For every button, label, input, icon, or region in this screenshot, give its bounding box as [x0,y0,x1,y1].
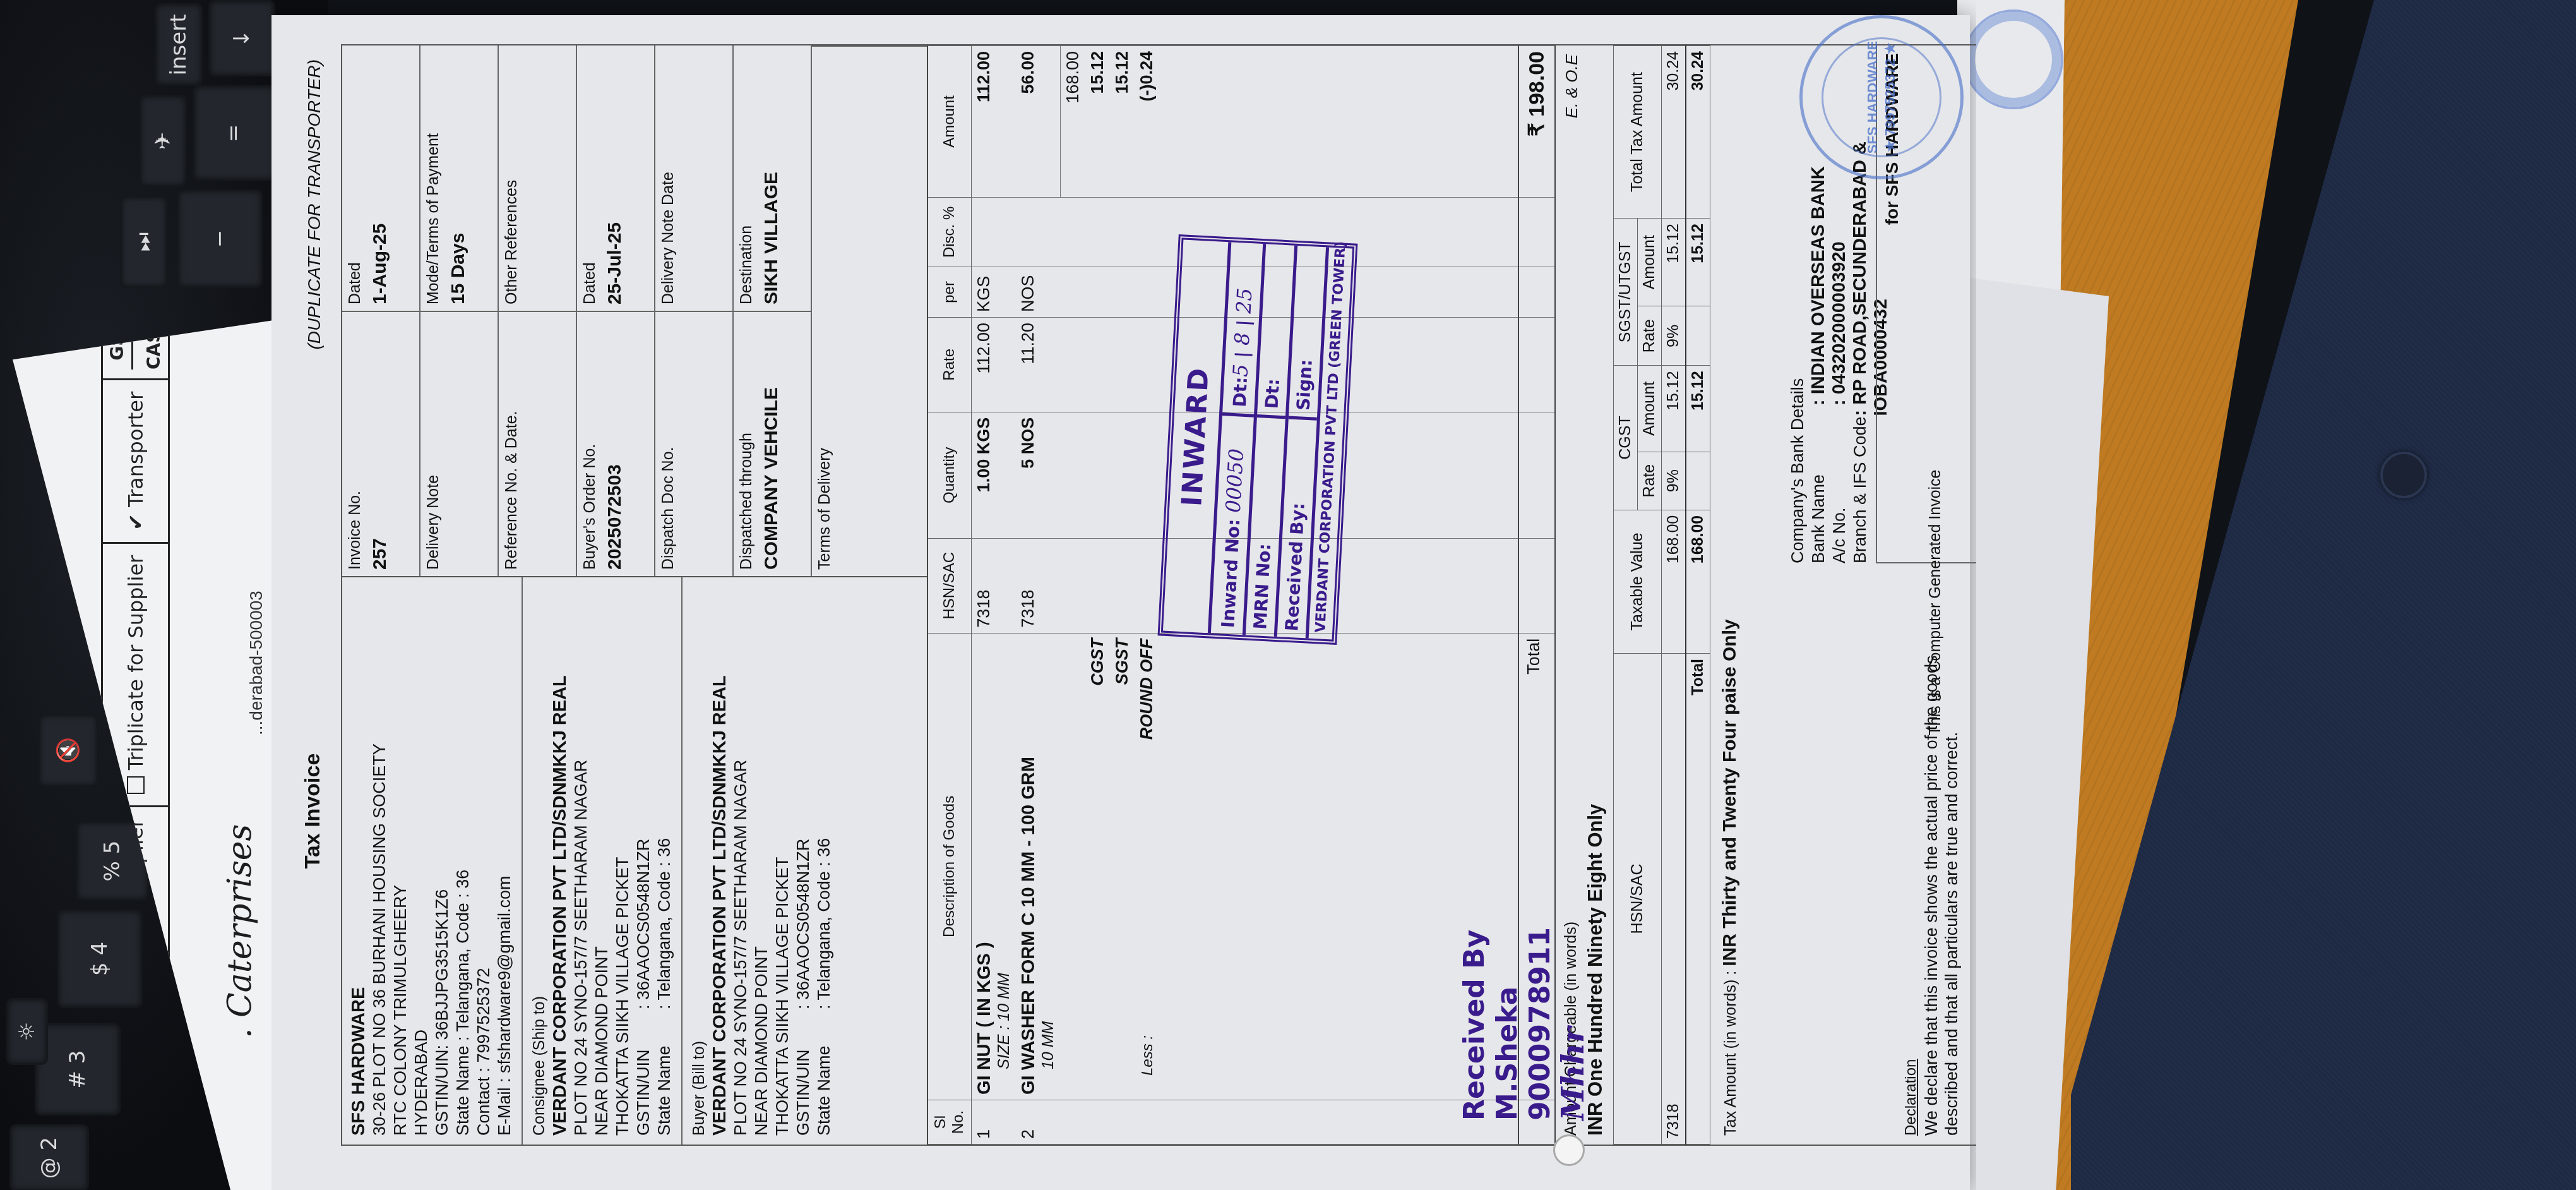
key-down-arrow: ↓ [208,0,275,76]
buyer-block: Buyer (Bill to) VERDANT CORPORATION PVT … [683,577,841,1145]
seller-gstin: GSTIN/UIN: 36BJJPG3515K1Z6 [432,586,453,1136]
consignee-state: : Telangana, Code : 36 [654,838,675,1009]
invoice-title: Tax Invoice [301,432,325,1190]
item-sl: 1 [972,1100,1017,1145]
item-quantity: 5 NOS [1016,412,1060,538]
buyer-name: VERDANT CORPORATION PVT LTD/SDNMKKJ REAL [710,586,730,1136]
tax-row-sgst: SGST 15.12 [1110,46,1135,1145]
key-minus: − [177,189,263,288]
seller-address-line: HYDERABAD [411,586,432,1136]
meta-buyers-order-no: Buyer's Order No.2025072503 [577,311,655,576]
tax-amount: (-)0.24 [1135,46,1159,198]
item-amount: 112.00 [972,46,1017,198]
seller-name: SFS HARDWARE [349,586,369,1136]
seller-contact: Contact : 7997525372 [474,586,494,1136]
item-quantity: 1.00 KGS [972,412,1017,538]
key-mute: 🔇 [38,714,98,787]
seller-email: E-Mail : sfshardware9@gmail.com [494,586,515,1136]
col-per: per [927,267,972,317]
item-amount: 56.00 [1016,46,1060,198]
account-no-label: A/c No. [1829,406,1850,563]
bank-name: : INDIAN OVERSEAS BANK [1808,166,1829,406]
taxsum-hsn: 7318 [1661,654,1686,1145]
meta-reference: Reference No. & Date. [499,311,577,576]
slip-option-transporter: ✔Transporter [103,378,168,542]
item-per: KGS [972,267,1017,317]
receiver-phone: 9000978911 [1524,927,1557,1121]
key-equals: = [193,85,275,181]
checkbox-icon [127,776,145,794]
consignee-block: Consignee (Ship to) VERDANT CORPORATION … [523,577,683,1145]
consignee-name: VERDANT CORPORATION PVT LTD/SDNMKKJ REAL [550,586,571,1136]
invoice-photo: Tax Invoice (DUPLICATE FOR TRANSPORTER) … [271,0,1976,1190]
item-discount [1016,197,1060,267]
invoice-copy-label: (DUPLICATE FOR TRANSPORTER) [304,59,325,349]
invoice-frame: SFS HARDWARE 30-26 PLOT NO 36 BURHANI HO… [341,44,1976,1146]
consignee-state-label: State Name [654,1009,675,1136]
taxsum-total-sgst: 15.12 [1686,219,1710,306]
taxsum-total-cgst: 15.12 [1686,366,1710,452]
buyer-address-line: NEAR DIAMOND POINT [751,586,772,1136]
meta-destination: DestinationSIKH VILLAGE [734,45,812,311]
tax-label: CGST [1085,633,1110,1100]
taxsum-taxable: 168.00 [1661,510,1686,653]
tax-words: INR Thirty and Twenty Four paise Only [1719,619,1740,966]
item-rate: 11.20 [1016,317,1060,412]
tax-amount: 15.12 [1110,46,1135,198]
key-brightness: ☼ [6,998,48,1065]
meta-delivery-note: Delivery Note [420,311,499,576]
consignee-gstin-label: GSTIN/UIN [633,1009,654,1136]
taxsum-col-sgst-amount: Amount [1637,219,1661,306]
hole-punch [1553,1134,1585,1166]
table-row: 1 GI NUT ( IN KGS ) SIZE : 10 MM 7318 1.… [972,46,1017,1145]
key-2: @ 2 [9,1124,89,1190]
item-per: NOS [1016,267,1060,317]
subtotal-row: 168.00 [1060,46,1085,1145]
taxsum-col-cgst-rate: Rate [1637,452,1661,510]
subtotal-amount: 168.00 [1060,46,1085,198]
taxsum-col-sgst-rate: Rate [1637,306,1661,366]
item-hsn: 7318 [1016,538,1060,633]
tax-amount: 15.12 [1085,46,1110,198]
item-description: GI WASHER FORM C 10 MM - 100 GRM 10 MM [1016,633,1060,1100]
key-4: $ 4 [57,910,143,1008]
bank-name-label: Bank Name [1808,406,1829,563]
meta-delivery-note-date: Delivery Note Date [655,45,734,311]
receiver-name: M.Sheka [1491,927,1524,1121]
seller-state: State Name : Telangana, Code : 36 [453,586,474,1136]
taxsum-col-taxable: Taxable Value [1613,510,1661,653]
buyer-label: Buyer (Bill to) [689,586,710,1136]
received-by-stamp: Received By M.Sheka 9000978911 Mhhr [1458,927,1590,1121]
slip-address: ...derabad-500003 [246,591,266,735]
meta-dispatch-doc-no: Dispatch Doc No. [655,311,734,576]
slip-handwriting: . Caterprises [221,824,259,1038]
seller-address-line: RTC COLONY TRIMULGHEERY [390,586,411,1136]
underlying-seal-stamp [1964,9,2063,109]
meta-terms-of-delivery: Terms of Delivery [812,45,927,576]
taxsum-col-sgst: SGST/UTGST [1613,219,1637,366]
eoe-note: E. & O.E [1562,54,1582,118]
tax-summary-table: HSN/SAC Taxable Value CGST SGST/UTGST To… [1613,45,1710,1145]
table-row: 2 GI WASHER FORM C 10 MM - 100 GRM 10 MM… [1016,46,1060,1145]
taxsum-col-cgst-amount: Amount [1637,366,1661,452]
buyer-address-line: THOKATTA SIIKH VILLAGE PICKET [772,586,793,1136]
col-sl-no: Sl No. [927,1100,972,1145]
meta-dispatched-through: Dispatched throughCOMPANY VEHCILE [734,311,812,576]
received-line: Received By [1458,927,1491,1121]
consignee-label: Consignee (Ship to) [529,586,550,1136]
col-discount: Disc. % [927,197,972,267]
taxsum-sgst-amount: 15.12 [1661,219,1686,306]
key-media-next: ⏭ [120,196,168,288]
buyer-gstin: : 36AAOCS0548N1ZR [793,839,814,1009]
item-description: GI NUT ( IN KGS ) SIZE : 10 MM [972,633,1017,1100]
col-description: Description of Goods [927,633,972,1100]
buyer-gstin-label: GSTIN/UIN [793,1009,814,1136]
taxsum-total-taxable: 168.00 [1686,510,1710,653]
item-rate: 112.00 [972,317,1017,412]
consignee-gstin: : 36AAOCS0548N1ZR [633,839,654,1009]
col-rate: Rate [927,317,972,412]
key-insert: insert [155,3,203,86]
declaration-label: Declaration [1901,580,1921,1136]
meta-dated: Dated1-Aug-25 [342,45,420,311]
item-discount [972,197,1017,267]
tax-invoice-page: Tax Invoice (DUPLICATE FOR TRANSPORTER) … [271,15,1970,1190]
taxsum-total: 30.24 [1661,46,1686,219]
items-header-row: Sl No. Description of Goods HSN/SAC Quan… [927,46,972,1145]
col-quantity: Quantity [927,412,972,538]
taxsum-col-hsn: HSN/SAC [1613,654,1661,1145]
taxsum-total-tax: 30.24 [1686,46,1710,219]
tax-amount-in-words: Tax Amount (in words) : INR Thirty and T… [1710,45,1750,1145]
party-details: SFS HARDWARE 30-26 PLOT NO 36 BURHANI HO… [342,576,927,1145]
meta-order-dated: Dated25-Jul-25 [577,45,655,311]
key-airplane: ✈ [139,95,187,187]
table-row: 7318 168.00 9% 15.12 9% 15.12 30.24 [1661,46,1686,1145]
taxsum-total-row: Total 168.00 15.12 15.12 30.24 [1686,46,1710,1145]
inward-stamp: INWARD Inward No: 00050 Dt:5 | 8 | 25 MR… [1158,234,1358,645]
taxsum-cgst-rate: 9% [1661,452,1686,510]
checkmark-icon: ✔ [124,514,148,531]
consignee-address-line: PLOT NO 24 SYNO-157/7 SEETHARAM NAGAR [571,586,592,1136]
receiver-signature: Mhhr [1557,927,1590,1121]
tax-label: SGST [1110,633,1135,1100]
item-sl: 2 [1016,1100,1060,1145]
invoice-meta-grid: Invoice No.257 Dated1-Aug-25 Delivery No… [342,45,927,576]
taxsum-cgst-amount: 15.12 [1661,366,1686,452]
computer-generated-note: This is a Computer Generated Invoice [1926,15,1945,1190]
tax-words-label: Tax Amount (in words) : [1722,971,1739,1136]
buyer-address-line: PLOT NO 24 SYNO-157/7 SEETHARAM NAGAR [730,586,751,1136]
seller-block: SFS HARDWARE 30-26 PLOT NO 36 BURHANI HO… [342,577,523,1145]
seller-address-line: 30-26 PLOT NO 36 BURHANI HOUSING SOCIETY [369,586,390,1136]
consignee-address-line: NEAR DIAMOND POINT [592,586,612,1136]
col-hsn: HSN/SAC [927,538,972,633]
taxsum-sgst-rate: 9% [1661,306,1686,366]
buyer-state: : Telangana, Code : 36 [814,838,835,1009]
meta-other-references: Other References [499,45,577,311]
grand-total: ₹ 198.00 [1518,46,1555,198]
buyer-state-label: State Name [814,1009,835,1136]
item-hsn: 7318 [972,538,1017,633]
meta-payment-terms: Mode/Terms of Payment15 Days [420,45,499,311]
company-seal: SFS HARDWARE★ 7997525372 ★ [1799,15,1964,179]
tax-row-cgst: CGST 15.12 [1085,46,1110,1145]
taxsum-col-total: Total Tax Amount [1613,46,1661,219]
tax-row-roundoff: Less :ROUND OFF (-)0.24 [1135,46,1159,1145]
col-amount: Amount [927,46,972,198]
less-and-roundoff: Less :ROUND OFF [1135,633,1159,1100]
meta-invoice-no: Invoice No.257 [342,311,420,576]
taxsum-total-label: Total [1686,654,1710,1145]
shirt-button [2380,452,2427,498]
consignee-address-line: THOKATTA SIIKH VILLAGE PICKET [612,586,633,1136]
taxsum-col-cgst: CGST [1613,366,1637,510]
account-no: : 043202000003920 [1829,241,1850,406]
